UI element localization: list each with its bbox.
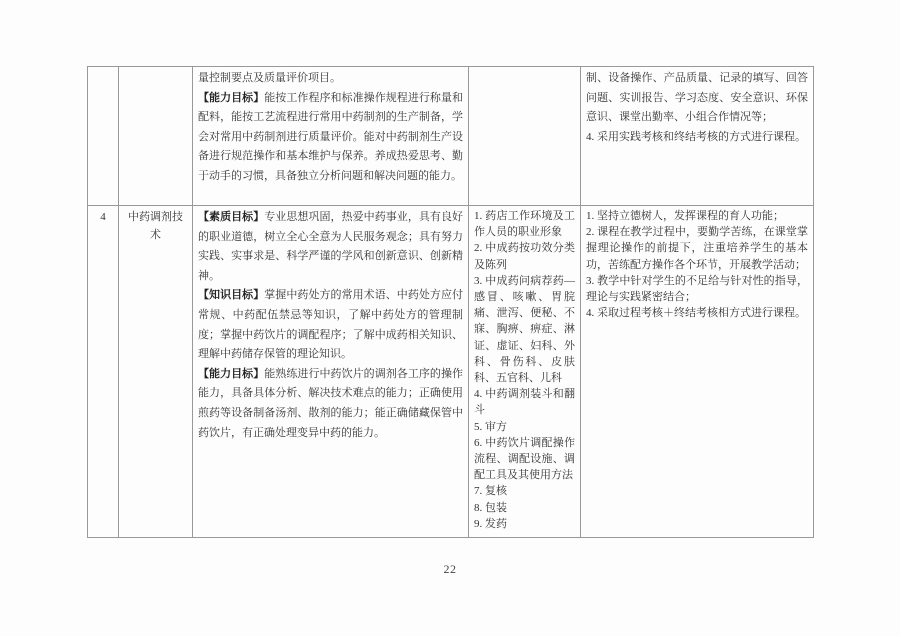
content-item: 6. 中药饮片调配操作流程、调配设施、调配工具及其使用方法: [474, 435, 575, 484]
cell-implementation-notes: 制、设备操作、产品质量、记录的填写、回答问题、实训报告、学习态度、安全意识、环保…: [581, 67, 814, 206]
cell-teaching-content: 1. 药店工作环境及工作人员的职业形象 2. 中成药按功效分类及陈列 3. 中成…: [469, 206, 581, 538]
note-item: 2. 课程在教学过程中，要勤学苦练，在课堂掌握理论操作的前提下，注重培养学生的基…: [586, 224, 808, 273]
objective-label: 【素质目标】: [198, 211, 264, 223]
note-item: 4. 采取过程考核＋终结考核相方式进行课程。: [586, 305, 808, 321]
note-item: 3. 教学中针对学生的不足给与针对性的指导，理论与实践紧密结合；: [586, 273, 808, 305]
content-item: 2. 中成药按功效分类及陈列: [474, 240, 575, 272]
cell-objectives: 【素质目标】专业思想巩固，热爱中药事业，具有良好的职业道德，树立全心全意为人民服…: [193, 206, 469, 538]
objective-label: 【知识目标】: [198, 289, 264, 301]
objective-paragraph: 【能力目标】能按工作程序和标准操作规程进行称量和配料，能按工艺流程进行常用中药制…: [198, 89, 463, 187]
objective-paragraph: 【能力目标】能熟练进行中药饮片的调剂各工序的操作能力，具备具体分析、解决技术难点…: [198, 365, 463, 443]
table-row-continuation: 量控制要点及质量评价项目。 【能力目标】能按工作程序和标准操作规程进行称量和配料…: [88, 67, 814, 206]
content-item: 9. 发药: [474, 516, 575, 532]
cell-course-name: 中药调剂技术: [119, 206, 193, 538]
cell-seq: 4: [88, 206, 119, 538]
content-item: 1. 药店工作环境及工作人员的职业形象: [474, 208, 575, 240]
table-row-course-4: 4 中药调剂技术 【素质目标】专业思想巩固，热爱中药事业，具有良好的职业道德，树…: [88, 206, 814, 538]
content-item: 5. 审方: [474, 419, 575, 435]
objective-text: 能按工作程序和标准操作规程进行称量和配料，能按工艺流程进行常用中药制剂的生产制备…: [198, 92, 463, 182]
content-item: 8. 包装: [474, 500, 575, 516]
course-table: 量控制要点及质量评价项目。 【能力目标】能按工作程序和标准操作规程进行称量和配料…: [87, 66, 814, 538]
note-item: 1. 坚持立德树人，发挥课程的育人功能；: [586, 208, 808, 224]
cell-objectives: 量控制要点及质量评价项目。 【能力目标】能按工作程序和标准操作规程进行称量和配料…: [193, 67, 469, 206]
note-item: 4. 采用实践考核和终结考核的方式进行课程。: [586, 128, 808, 148]
cell-implementation-notes: 1. 坚持立德树人，发挥课程的育人功能； 2. 课程在教学过程中，要勤学苦练，在…: [581, 206, 814, 538]
cell-course-name: [119, 67, 193, 206]
objective-paragraph: 【知识目标】掌握中药处方的常用术语、中药处方应付常规、中药配伍禁忌等知识，了解中…: [198, 286, 463, 364]
content-item: 7. 复核: [474, 483, 575, 499]
objective-label: 【能力目标】: [198, 368, 264, 380]
content-item: 4. 中药调剂装斗和翻斗: [474, 386, 575, 418]
content-item: 3. 中成药问病荐药—感冒、咳嗽、胃脘痛、泄泻、便秘、不寐、胸痹、痹症、淋证、虚…: [474, 273, 575, 386]
page-number: 22: [0, 562, 900, 577]
objective-paragraph: 量控制要点及质量评价项目。: [198, 69, 463, 89]
document-page: 量控制要点及质量评价项目。 【能力目标】能按工作程序和标准操作规程进行称量和配料…: [0, 0, 900, 636]
note-item: 制、设备操作、产品质量、记录的填写、回答问题、实训报告、学习态度、安全意识、环保…: [586, 69, 808, 128]
objective-label: 【能力目标】: [198, 92, 264, 104]
objective-text: 量控制要点及质量评价项目。: [198, 72, 341, 84]
objective-paragraph: 【素质目标】专业思想巩固，热爱中药事业，具有良好的职业道德，树立全心全意为人民服…: [198, 208, 463, 286]
cell-seq: [88, 67, 119, 206]
cell-teaching-content: [469, 67, 581, 206]
